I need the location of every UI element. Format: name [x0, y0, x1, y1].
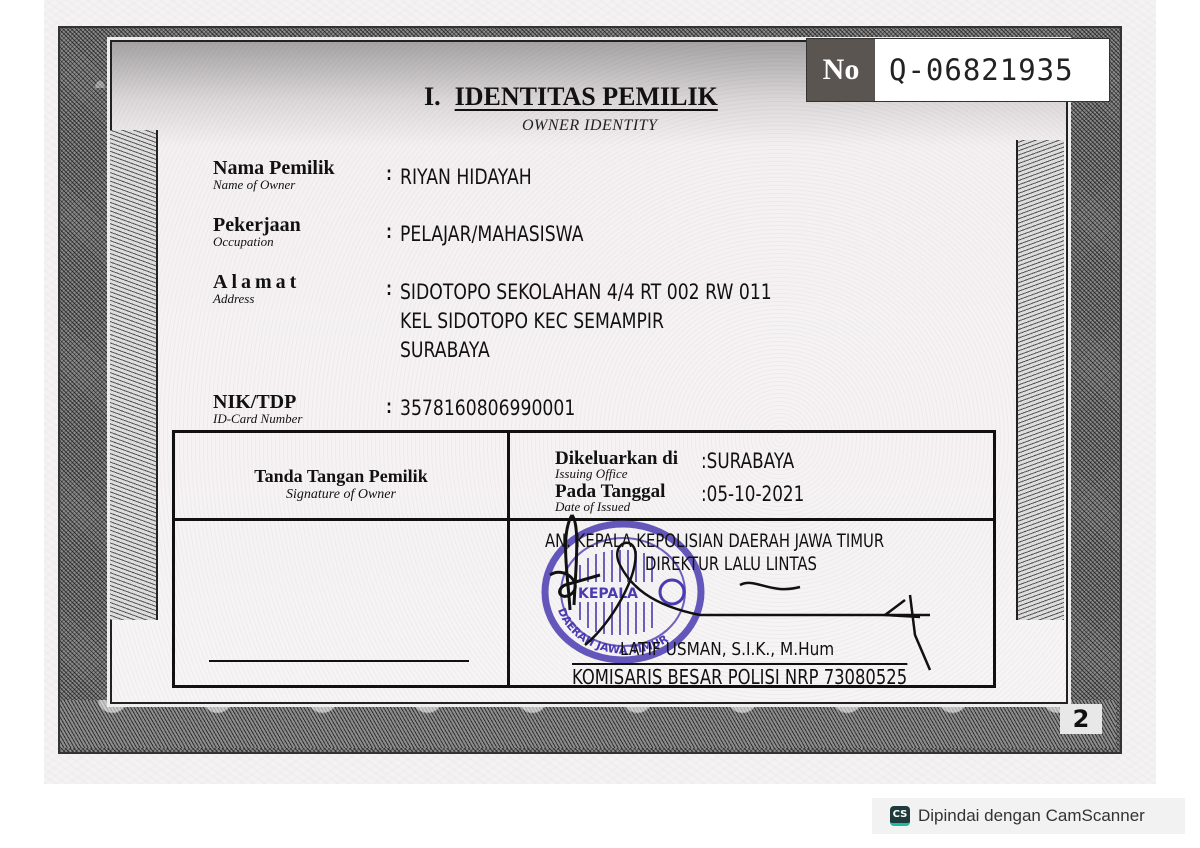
colon: : — [383, 161, 395, 185]
section-title-text: IDENTITAS PEMILIK — [455, 82, 718, 111]
nik-value: 3578160806990001 — [400, 394, 575, 423]
owner-signature-label: Tanda Tangan Pemilik — [175, 466, 507, 487]
section-subtitle: OWNER IDENTITY — [522, 117, 657, 135]
nik-label: NIK/TDP ID-Card Number — [213, 392, 302, 425]
owner-signature-sublabel: Signature of Owner — [175, 487, 507, 503]
occupation-value: PELAJAR/MAHASISWA — [400, 220, 584, 249]
document-content: I.IDENTITAS PEMILIK OWNER IDENTITY Nama … — [0, 0, 1200, 848]
official-rank: KOMISARIS BESAR POLISI NRP 73080525 — [572, 663, 907, 689]
address-line-2: KEL SIDOTOPO KEC SEMAMPIR — [400, 307, 664, 336]
official-name: LATIF USMAN, S.I.K., M.Hum — [620, 639, 834, 660]
document-number: Q-06821935 — [875, 39, 1109, 101]
owner-signature-line — [209, 660, 469, 662]
page-number-badge: 2 — [1060, 704, 1102, 734]
issue-date-value: :05-10-2021 — [701, 482, 804, 506]
section-title: I.IDENTITAS PEMILIK — [424, 82, 718, 112]
owner-name-label: Nama Pemilik Name of Owner — [213, 158, 335, 191]
colon: : — [383, 276, 395, 300]
document-number-box: No Q-06821935 — [806, 38, 1110, 102]
owner-name-value: RIYAN HIDAYAH — [400, 163, 532, 192]
address-label: Alamat Address — [213, 272, 300, 305]
section-number: I. — [424, 82, 441, 111]
grid-divider-vertical — [507, 433, 510, 685]
issuing-office-value: :SURABAYA — [701, 449, 794, 473]
occupation-label: Pekerjaan Occupation — [213, 215, 301, 248]
number-label: No — [807, 39, 875, 101]
issuing-office-label: Dikeluarkan di Issuing Office — [555, 450, 678, 480]
colon: : — [383, 219, 395, 243]
address-line-3: SURABAYA — [400, 336, 490, 365]
colon: : — [383, 394, 395, 418]
address-line-1: SIDOTOPO SEKOLAHAN 4/4 RT 002 RW 011 — [400, 278, 772, 307]
